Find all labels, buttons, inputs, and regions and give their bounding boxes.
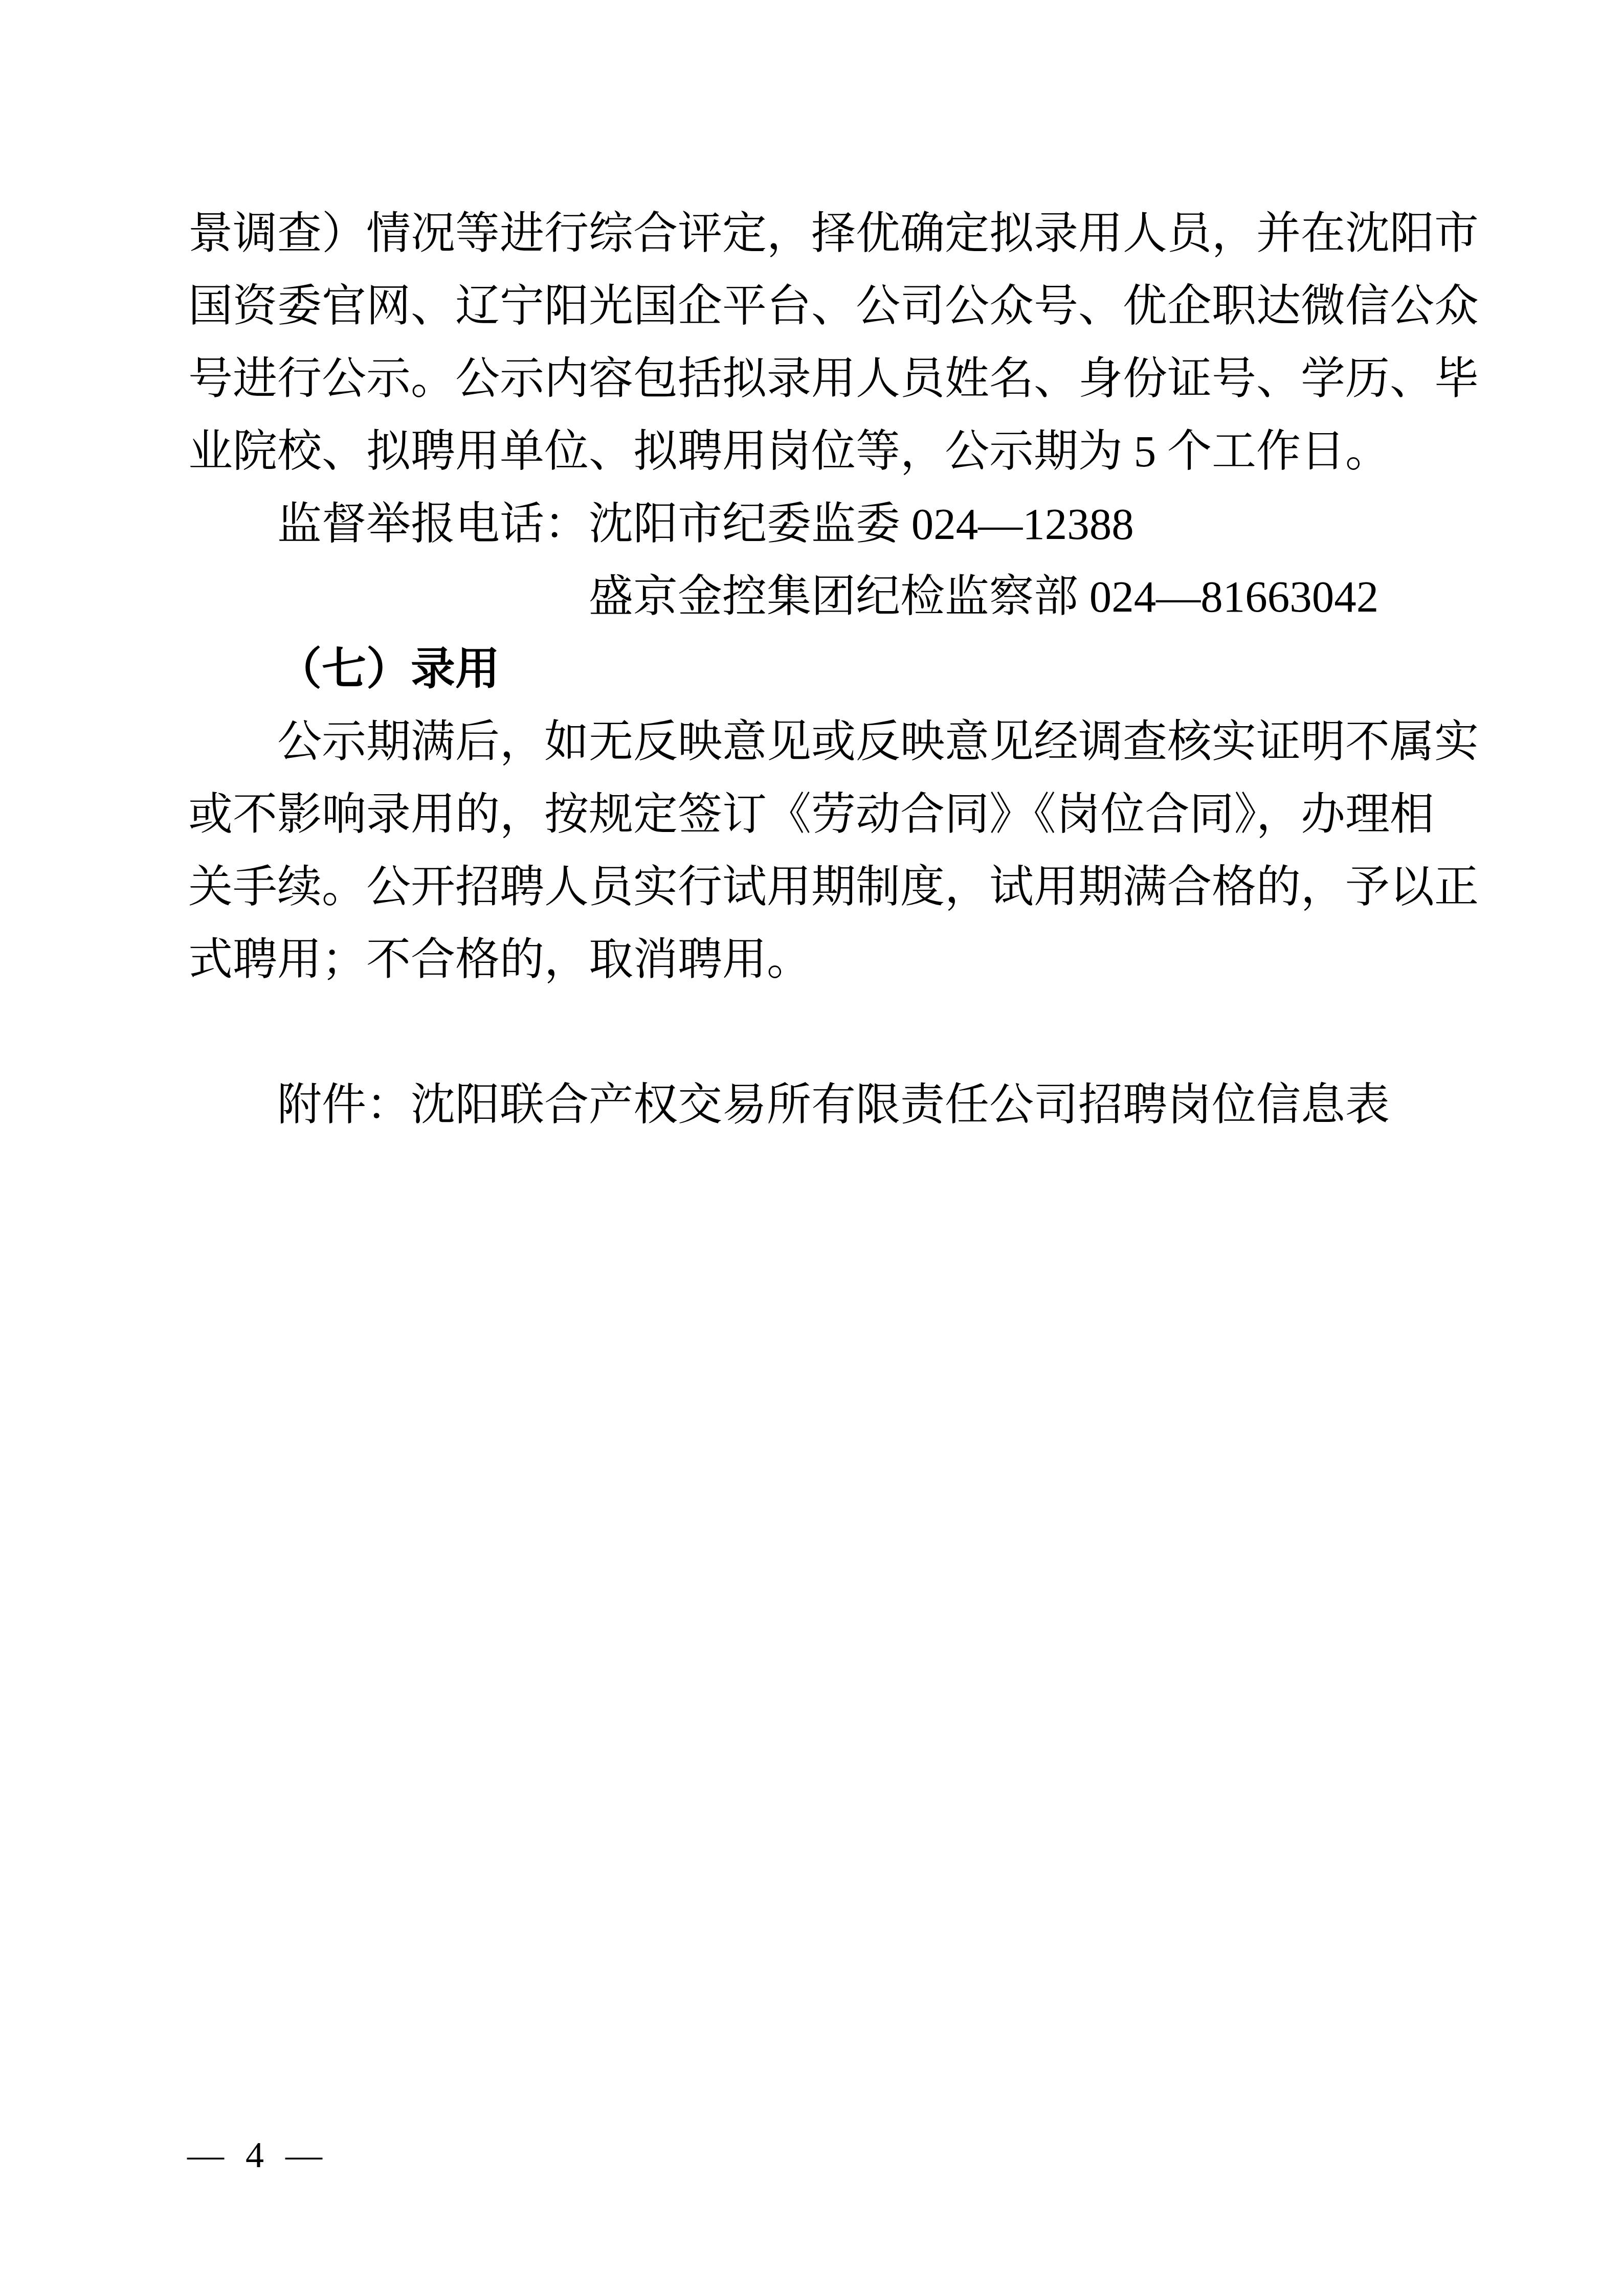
recruit-paragraph-line: 或不影响录用的，按规定签订《劳动合同》《岗位合同》，办理相 xyxy=(188,778,1479,851)
recruit-paragraph-line: 关手续。公开招聘人员实行试用期制度，试用期满合格的，予以正 xyxy=(188,851,1479,924)
pre-paragraph-line: 号进行公示。公示内容包括拟录用人员姓名、身份证号、学历、毕 xyxy=(188,343,1479,415)
attachment-line: 附件：沈阳联合产权交易所有限责任公司招聘岗位信息表 xyxy=(188,1069,1479,1141)
pre-paragraph-line: 国资委官网、辽宁阳光国企平台、公司公众号、优企职达微信公众 xyxy=(188,270,1479,343)
recruit-paragraph-line: 公示期满后，如无反映意见或反映意见经调查核实证明不属实 xyxy=(188,706,1479,778)
hotline-line-2: 盛京金控集团纪检监察部 024—81663042 xyxy=(188,560,1479,633)
pre-paragraph-line: 景调查）情况等进行综合评定，择优确定拟录用人员，并在沈阳市 xyxy=(188,197,1479,270)
section-heading: （七）录用 xyxy=(188,633,1479,706)
recruit-paragraph-line: 式聘用；不合格的，取消聘用。 xyxy=(188,924,1479,996)
document-text-block: 景调查）情况等进行综合评定，择优确定拟录用人员，并在沈阳市 国资委官网、辽宁阳光… xyxy=(188,197,1479,1141)
hotline-line-1: 监督举报电话：沈阳市纪委监委 024—12388 xyxy=(188,488,1479,560)
page-number: — 4 — xyxy=(187,2136,322,2173)
pre-paragraph-line: 业院校、拟聘用单位、拟聘用岗位等，公示期为 5 个工作日。 xyxy=(188,415,1479,488)
document-page: 景调查）情况等进行综合评定，择优确定拟录用人员，并在沈阳市 国资委官网、辽宁阳光… xyxy=(0,0,1624,2296)
